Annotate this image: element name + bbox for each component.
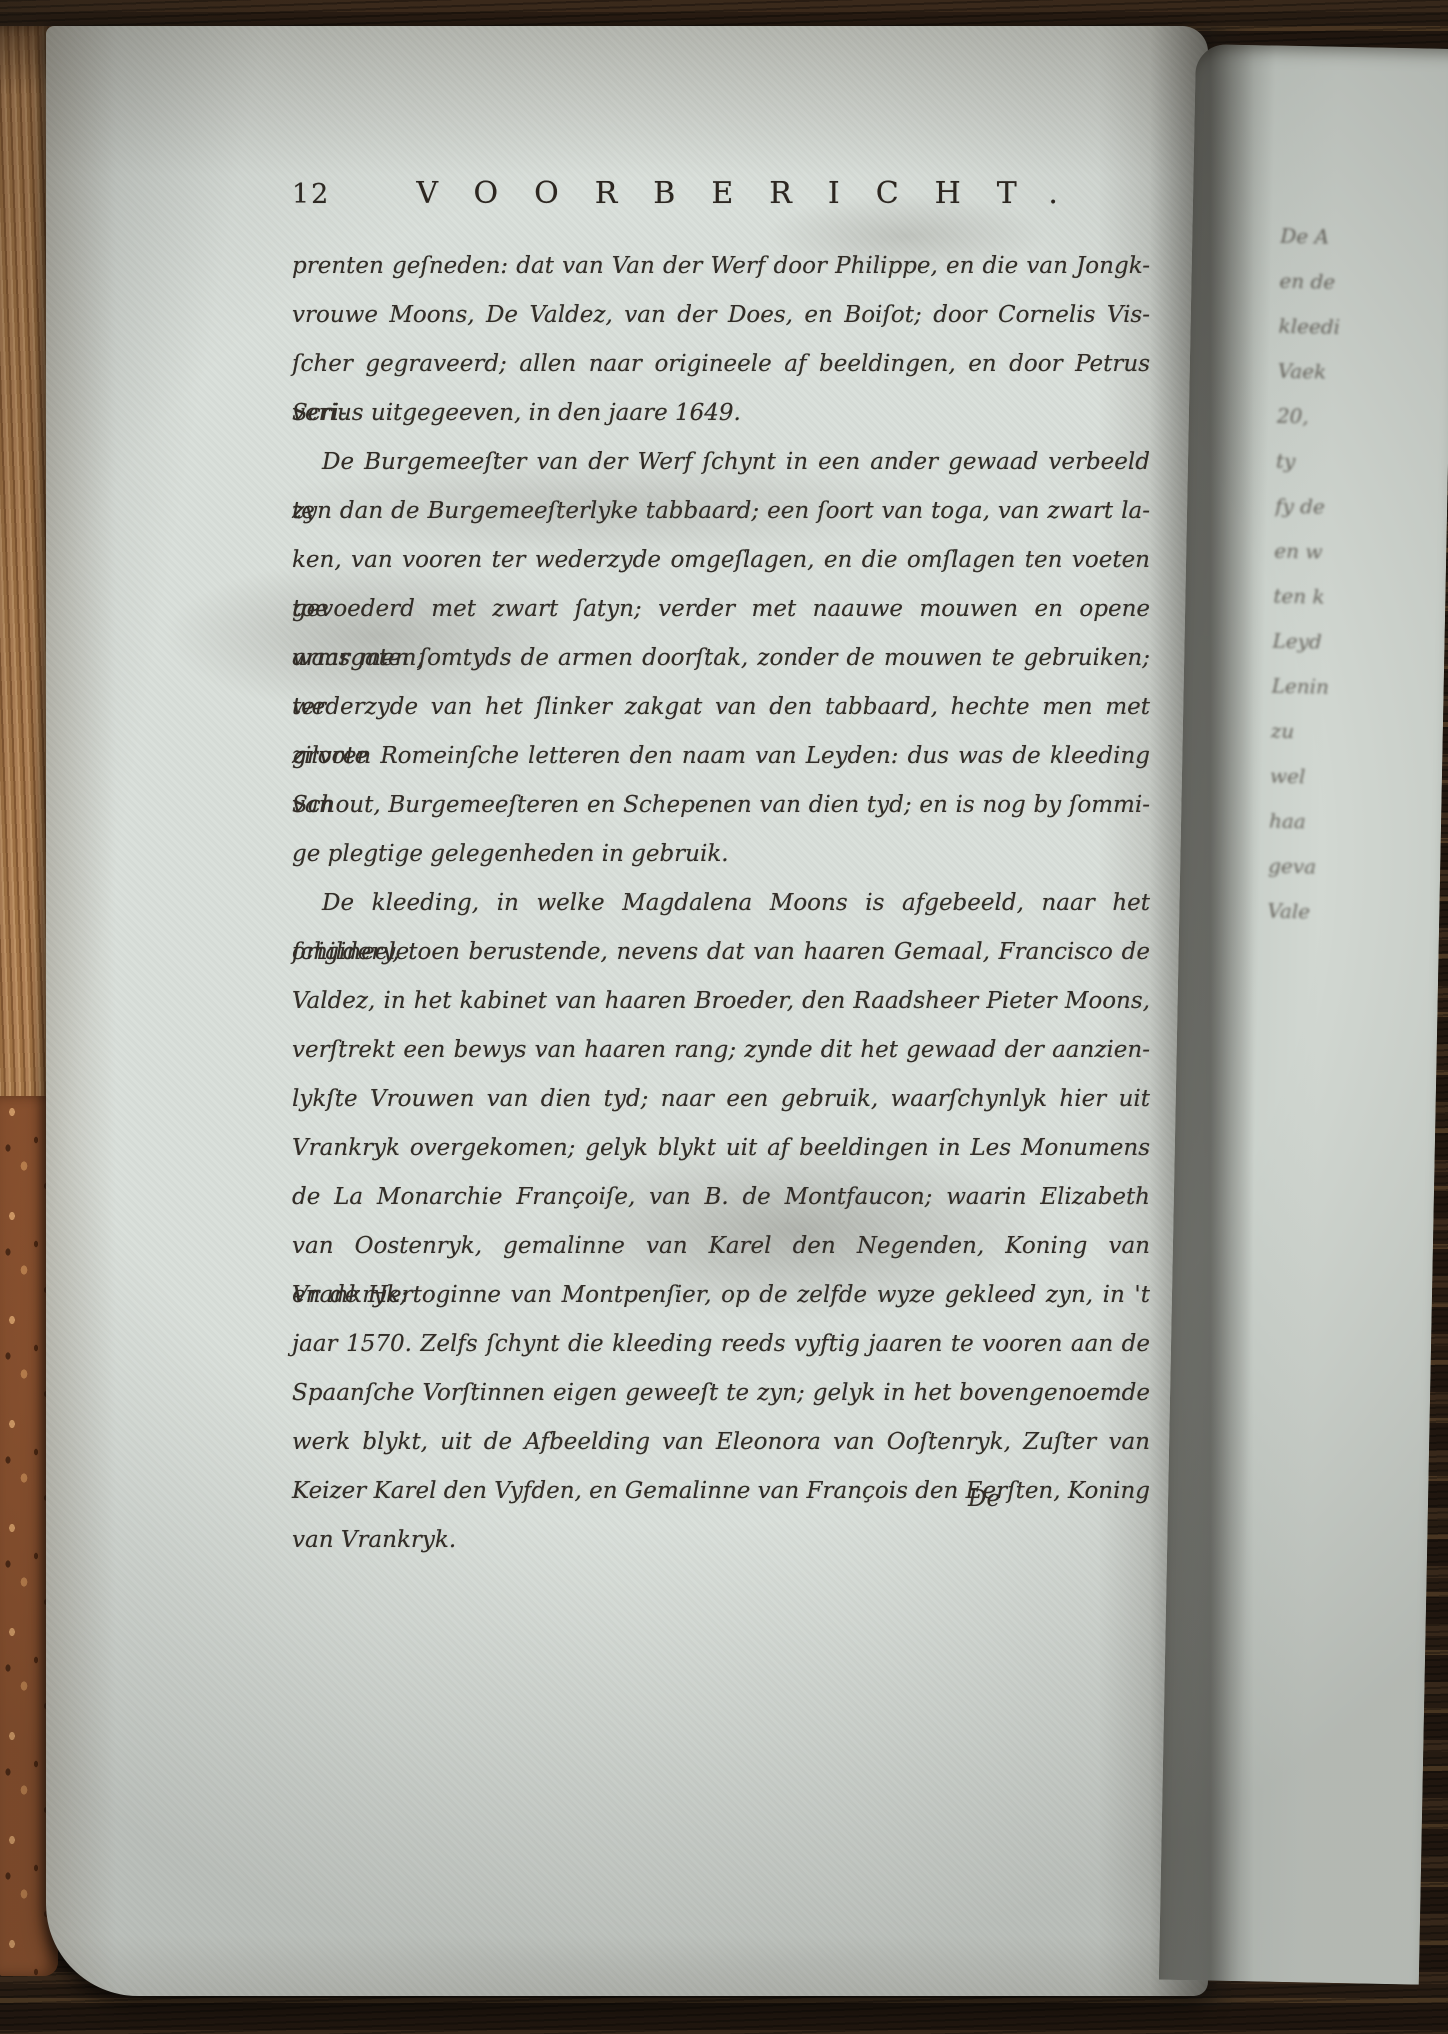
right-page-text-fragment: De A bbox=[1280, 214, 1441, 262]
text-line: werk blykt, uit de Afbeelding van Eleono… bbox=[292, 1418, 1150, 1467]
text-line: lykſte Vrouwen van dien tyd; naar een ge… bbox=[292, 1075, 1150, 1124]
page-title: VOORBERICHT. bbox=[330, 176, 1150, 211]
text-line: prenten geſneden: dat van Van der Werf d… bbox=[292, 242, 1150, 291]
right-page-text-fragment: fy de bbox=[1275, 484, 1436, 532]
right-page-text-fragment: en w bbox=[1274, 529, 1435, 577]
text-line: Vrankryk overgekomen; gelyk blykt uit af… bbox=[292, 1124, 1150, 1173]
page-text-block: 12 VOORBERICHT. prenten geſneden: dat va… bbox=[292, 176, 1150, 1565]
text-line: ken, van vooren ter wederzyde omgeſlagen… bbox=[292, 536, 1150, 585]
running-header: 12 VOORBERICHT. bbox=[292, 176, 1150, 220]
text-line: jaar 1570. Zelfs ſchynt die kleeding ree… bbox=[292, 1320, 1150, 1369]
catchword: De bbox=[968, 1486, 1000, 1512]
text-line: van Vrankryk. bbox=[292, 1516, 1150, 1565]
text-line: en de Hertoginne van Montpenſier, op de … bbox=[292, 1271, 1150, 1320]
text-line: Keizer Karel den Vyfden, en Gemalinne va… bbox=[292, 1467, 1150, 1516]
right-page-text-fragment: geva bbox=[1268, 844, 1429, 892]
text-line: gevoederd met zwart ſatyn; verder met na… bbox=[292, 585, 1150, 634]
right-page-text-fragment: ty bbox=[1276, 439, 1437, 487]
text-line: wederzyde van het ſlinker zakgat van den… bbox=[292, 683, 1150, 732]
right-page-text-column: De A en de kleedi Vaek 20, ty fy de en w… bbox=[1267, 214, 1441, 937]
right-page-text-fragment: wel bbox=[1270, 754, 1431, 802]
text-line: ſchildery, toen berustende, nevens dat v… bbox=[292, 928, 1150, 977]
text-line: zilvren Romeinſche letteren den naam van… bbox=[292, 732, 1150, 781]
text-line: de La Monarchie Françoiſe, van B. de Mon… bbox=[292, 1173, 1150, 1222]
right-page-text-fragment: Lenin bbox=[1271, 664, 1432, 712]
text-line: Spaanſche Vorſtinnen eigen geweeſt te zy… bbox=[292, 1369, 1150, 1418]
right-page-text-fragment: en de bbox=[1279, 259, 1440, 307]
text-line: verius uitgegeeven, in den jaare 1649. bbox=[292, 389, 1150, 438]
right-page-text-fragment: Vaek bbox=[1277, 349, 1438, 397]
right-page-text-fragment: ten k bbox=[1273, 574, 1434, 622]
right-page-text-fragment: haa bbox=[1269, 799, 1430, 847]
text-line: ge plegtige gelegenheden in gebruik. bbox=[292, 830, 1150, 879]
right-page-text-fragment: Leyd bbox=[1272, 619, 1433, 667]
page-number: 12 bbox=[292, 179, 330, 210]
right-page: De A en de kleedi Vaek 20, ty fy de en w… bbox=[1159, 44, 1448, 1985]
text-line: verſtrekt een bewys van haaren rang; zyn… bbox=[292, 1026, 1150, 1075]
right-page-text-fragment: kleedi bbox=[1278, 304, 1439, 352]
right-page-text-fragment: zu bbox=[1270, 709, 1431, 757]
right-page-text-fragment: 20, bbox=[1276, 394, 1437, 442]
body-text: prenten geſneden: dat van Van der Werf d… bbox=[292, 242, 1150, 1565]
text-line: van Oostenryk, gemalinne van Karel den N… bbox=[292, 1222, 1150, 1271]
text-line: Valdez, in het kabinet van haaren Broede… bbox=[292, 977, 1150, 1026]
text-line: De kleeding, in welke Magdalena Moons is… bbox=[292, 879, 1150, 928]
text-line: ſcher gegraveerd; allen naar origineele … bbox=[292, 340, 1150, 389]
text-line: De Burgemeeſter van der Werf ſchynt in e… bbox=[292, 438, 1150, 487]
right-page-text-fragment: Vale bbox=[1267, 889, 1428, 937]
text-line: vrouwe Moons, De Valdez, van der Does, e… bbox=[292, 291, 1150, 340]
text-line: waar men ſomtyds de armen doorſtak, zond… bbox=[292, 634, 1150, 683]
text-line: zyn dan de Burgemeeſterlyke tabbaard; ee… bbox=[292, 487, 1150, 536]
text-line: Schout, Burgemeeſteren en Schepenen van … bbox=[292, 781, 1150, 830]
